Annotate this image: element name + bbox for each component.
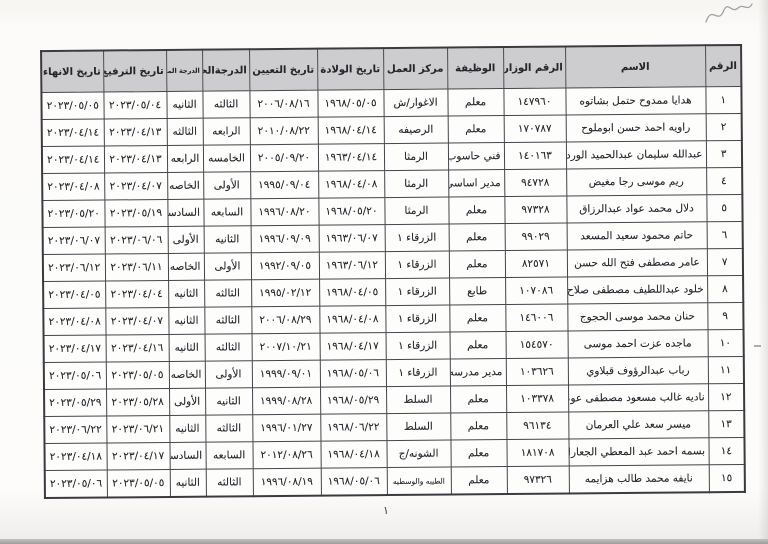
cell-ministry_no: ١٤٠١٦٣: [504, 142, 566, 170]
cell-end_date: ٢٠٢٣/٠٤/١٨: [44, 443, 106, 471]
cell-birth_date: ١٩٦٨/٠٥/٢٠: [318, 198, 384, 226]
cell-work_center: الرمثا: [384, 170, 448, 198]
cell-end_date: ٢٠٢٣/٠٤/٠٨: [42, 173, 104, 201]
cell-ministry_no: ١٠٣٣٧٨: [506, 385, 568, 413]
cell-ministry_no: ٩٧٣٢٨: [504, 196, 566, 224]
cell-job: معلم: [451, 467, 507, 495]
scan-bottom-edge: [0, 539, 768, 544]
cell-current_grade: الثالثه: [202, 91, 249, 118]
table-body: ١هدايا ممدوح حتمل بشاتوه١٤٧٩٦٠معلمالاغوا…: [41, 86, 745, 498]
cell-name: عبدالله سليمان عبدالحميد الوردات: [566, 141, 706, 169]
cell-birth_date: ١٩٦٨/٠٤/١٧: [320, 333, 386, 361]
cell-current_grade: الأولى: [205, 361, 252, 388]
cell-work_center: الزرقاء ١: [386, 332, 450, 360]
cell-birth_date: ١٩٦٨/٠٤/١٨: [320, 441, 386, 469]
cell-current_grade: الرابعه: [203, 118, 250, 145]
cell-promotion_date: ٢٠٢٣/٠٥/٠٤: [103, 91, 166, 119]
cell-no: ٩: [707, 302, 743, 329]
cell-ministry_no: ٩٤٧٢٨: [504, 169, 566, 197]
cell-job: معلم: [449, 251, 505, 278]
cell-promotion_date: ٢٠٢٣/٠٤/٠٤: [105, 280, 168, 308]
cell-current_grade: الأولى: [203, 172, 250, 199]
cell-job: فني حاسوب: [448, 143, 504, 170]
cell-no: ٢: [706, 113, 742, 140]
cell-current_grade: الثانيه: [204, 226, 251, 253]
table-row: ١٥نايفه محمد طالب هزايمه٩٧٣٢٦معلمالطيبه …: [45, 464, 745, 498]
col-header-name: الاسم: [565, 45, 705, 88]
cell-birth_date: ١٩٦٨/٠٥/٠٦: [320, 360, 386, 388]
cell-due_grade: الخاصه: [167, 172, 203, 199]
scanned-document-page: الرقمالاسمالرقم الوزاريالوظيفةمركز العمل…: [0, 0, 768, 544]
cell-ministry_no: ٨٢٥٧١: [505, 250, 567, 278]
cell-due_grade: الخاصه: [168, 253, 204, 280]
cell-birth_date: ١٩٦٨/٠٤/٠٨: [318, 171, 384, 199]
cell-work_center: الشونه/ج: [386, 440, 450, 468]
cell-birth_date: ١٩٦٨/٠٥/٠٥: [317, 90, 383, 118]
cell-work_center: الرمثا: [384, 143, 448, 171]
cell-no: ١٥: [709, 464, 745, 492]
cell-end_date: ٢٠٢٣/٠٥/٠٦: [45, 470, 107, 498]
cell-name: عامر مصطفى فتح الله حسن: [567, 249, 707, 277]
cell-ministry_no: ١٤٦٠٠٦: [505, 304, 567, 332]
cell-end_date: ٢٠٢٣/٠٥/٠٦: [44, 362, 106, 390]
cell-work_center: الرصيفه: [384, 116, 448, 144]
cell-no: ١: [705, 86, 741, 113]
cell-job: معلم: [450, 332, 506, 359]
cell-ministry_no: ١٧٠٧٨٧: [504, 115, 566, 143]
col-header-work_center: مركز العمل: [383, 48, 447, 90]
cell-due_grade: السادسه: [169, 442, 205, 469]
cell-hire_date: ٢٠٠٦/٠٨/٢٩: [251, 306, 319, 334]
cell-no: ٧: [707, 248, 743, 275]
cell-hire_date: ١٩٩٢/٠٩/٠٥: [251, 252, 319, 280]
cell-name: ماجده عزت احمد موسى: [568, 330, 708, 358]
cell-hire_date: ٢٠١٢/٠٨/٢٦: [252, 441, 320, 469]
cell-birth_date: ١٩٦٨/٠٤/١٤: [318, 117, 384, 145]
cell-job: معلم: [450, 413, 506, 440]
cell-end_date: ٢٠٢٣/٠٦/١٢: [43, 254, 105, 282]
cell-birth_date: ١٩٦٨/٠٤/٠٥: [319, 279, 385, 307]
cell-promotion_date: ٢٠٢٣/٠٤/٠٧: [105, 307, 168, 335]
cell-due_grade: الخاصه: [169, 361, 205, 388]
scan-right-shade: [758, 0, 768, 544]
cell-end_date: ٢٠٢٣/٠٤/١٤: [42, 146, 104, 174]
cell-name: خلود عبداللطيف مصطفى صلاح: [567, 276, 707, 304]
cell-due_grade: الثانيه: [168, 307, 204, 334]
cell-ministry_no: ١٠٧٠٨٦: [505, 277, 567, 305]
col-header-current_grade: الدرجةالحالية: [202, 49, 249, 91]
cell-name: راويه احمد حسن ابوملوح: [566, 114, 706, 142]
cell-job: مدير اساسي: [448, 170, 504, 197]
page-number: ١: [376, 504, 396, 517]
cell-promotion_date: ٢٠٢٣/٠٥/٢٨: [106, 388, 169, 416]
cell-ministry_no: ١٠٣٦٢٦: [506, 358, 568, 386]
cell-job: مدير مدرسه: [450, 359, 506, 386]
col-header-end_date: تاريخ الانهاء: [41, 51, 103, 93]
cell-job: معلم: [449, 305, 505, 332]
cell-work_center: الرمثا: [384, 197, 448, 225]
cell-name: ميسر سعد علي العرمان: [568, 411, 708, 439]
cell-promotion_date: ٢٠٢٣/٠٤/١٣: [104, 118, 167, 146]
cell-birth_date: ١٩٦٣/٠٦/٠٧: [319, 225, 385, 253]
cell-name: بسمه احمد عبد المعطي الجعارات: [568, 438, 708, 466]
cell-name: دلال محمد عواد عبدالرزاق: [566, 195, 706, 223]
col-header-due_grade: الدرجة المستحقة: [166, 50, 202, 92]
cell-no: ٥: [706, 194, 742, 221]
cell-no: ٣: [706, 140, 742, 167]
cell-due_grade: الثانيه: [166, 91, 202, 118]
cell-hire_date: ١٩٩٩/٠٩/٠١: [252, 360, 320, 388]
cell-work_center: الطيبه والوسطيه: [387, 467, 451, 495]
cell-name: هدايا ممدوح حتمل بشاتوه: [565, 87, 705, 115]
cell-end_date: ٢٠٢٣/٠٤/٠٨: [43, 308, 105, 336]
pen-scribble-mark: [702, 0, 754, 30]
cell-promotion_date: ٢٠٢٣/٠٥/١٩: [104, 199, 167, 227]
cell-promotion_date: ٢٠٢٣/٠٤/١٧: [106, 442, 169, 470]
cell-end_date: ٢٠٢٣/٠٤/٠٥: [43, 281, 105, 309]
cell-birth_date: ١٩٦٨/٠٥/٠٦: [321, 468, 387, 496]
table-header-row: الرقمالاسمالرقم الوزاريالوظيفةمركز العمل…: [41, 45, 741, 93]
cell-current_grade: الثالثه: [206, 469, 253, 497]
col-header-job: الوظيفة: [447, 47, 503, 89]
cell-due_grade: الثانيه: [169, 334, 205, 361]
cell-promotion_date: ٢٠٢٣/٠٥/٠٥: [106, 361, 169, 389]
cell-no: ٤: [706, 167, 742, 194]
cell-birth_date: ١٩٦٨/٠٦/٢٢: [320, 414, 386, 442]
cell-promotion_date: ٢٠٢٣/٠٦/٢١: [106, 415, 169, 443]
cell-hire_date: ٢٠٠٦/٠٨/١٦: [249, 90, 317, 118]
cell-promotion_date: ٢٠٢٣/٠٦/٠٦: [105, 226, 168, 254]
cell-current_grade: الثالثه: [205, 334, 252, 361]
cell-birth_date: ١٩٦٨/٠٥/٢٩: [320, 387, 386, 415]
cell-job: معلم: [448, 197, 504, 224]
cell-hire_date: ١٩٩٩/٠٨/٢٨: [252, 387, 320, 415]
cell-name: نايفه محمد طالب هزايمه: [569, 465, 709, 494]
cell-end_date: ٢٠٢٣/٠٦/٢٢: [44, 416, 106, 444]
cell-name: رباب عبدالرؤوف قبلاوي: [568, 357, 708, 385]
cell-end_date: ٢٠٢٣/٠٥/٢٠: [42, 200, 104, 228]
cell-work_center: الزرقاء ١: [385, 278, 449, 306]
cell-ministry_no: ١٥٤٥٧٠: [506, 331, 568, 359]
cell-ministry_no: ١٨١٧٠٨: [506, 439, 568, 467]
cell-job: معلم: [447, 89, 503, 116]
cell-job: معلم: [450, 386, 506, 413]
cell-ministry_no: ٩٧٣٢٦: [507, 466, 569, 494]
cell-job: معلم: [449, 224, 505, 251]
cell-work_center: الزرقاء ١: [385, 251, 449, 279]
col-header-birth_date: تاريخ الولادة: [317, 48, 383, 90]
cell-promotion_date: ٢٠٢٣/٠٤/١٣: [104, 145, 167, 173]
cell-end_date: ٢٠٢٣/٠٤/١٤: [42, 119, 104, 147]
cell-due_grade: الأولى: [169, 388, 205, 415]
cell-current_grade: الأولى: [204, 253, 251, 280]
cell-end_date: ٢٠٢٣/٠٦/٠٧: [43, 227, 105, 255]
cell-no: ٨: [707, 275, 743, 302]
cell-current_grade: الخامسه: [203, 145, 250, 172]
cell-end_date: ٢٠٢٣/٠٥/٠٥: [41, 92, 103, 120]
cell-hire_date: ١٩٩٦/٠٨/١٩: [253, 468, 321, 496]
col-header-promotion_date: تاريخ الترفيع: [103, 50, 166, 92]
cell-job: معلم: [448, 116, 504, 143]
cell-current_grade: السابعه: [205, 442, 252, 469]
cell-birth_date: ١٩٦٣/٠٦/١٢: [319, 252, 385, 280]
cell-due_grade: السادسه: [167, 199, 203, 226]
cell-ministry_no: ١٤٧٩٦٠: [503, 88, 565, 116]
cell-hire_date: ٢٠٠٥/٠٩/٢٠: [250, 144, 318, 172]
cell-job: معلم: [450, 440, 506, 467]
cell-job: طابع: [449, 278, 505, 305]
cell-current_grade: الثالثه: [204, 280, 251, 307]
cell-no: ١٣: [708, 410, 744, 437]
cell-promotion_date: ٢٠٢٣/٠٤/٠٧: [104, 172, 167, 200]
cell-no: ١١: [708, 356, 744, 383]
cell-birth_date: ١٩٦٣/٠٤/١٤: [318, 144, 384, 172]
col-header-ministry_no: الرقم الوزاري: [503, 46, 565, 88]
cell-ministry_no: ٩٩٠٢٩: [505, 223, 567, 251]
cell-due_grade: الأولى: [168, 226, 204, 253]
cell-work_center: الاغوار/ش: [383, 89, 447, 117]
cell-hire_date: ١٩٩٦/٠١/٢٧: [252, 414, 320, 442]
cell-ministry_no: ٩٦١٣٤: [506, 412, 568, 440]
cell-name: حاتم محمود سعيد المسعد: [567, 222, 707, 250]
cell-due_grade: الثانيه: [170, 469, 206, 497]
cell-end_date: ٢٠٢٣/٠٥/٢٩: [44, 389, 106, 417]
col-header-hire_date: تاريخ التعيين: [249, 49, 317, 91]
cell-no: ١٤: [708, 437, 744, 464]
cell-due_grade: الثالثه: [167, 118, 203, 145]
cell-promotion_date: ٢٠٢٣/٠٥/٠٥: [107, 469, 170, 497]
cell-no: ٦: [707, 221, 743, 248]
cell-end_date: ٢٠٢٣/٠٤/١٧: [44, 335, 106, 363]
cell-hire_date: ١٩٩٥/٠٢/١٢: [251, 279, 319, 307]
cell-work_center: السلط: [386, 386, 450, 414]
cell-current_grade: الثالثه: [205, 415, 252, 442]
cell-current_grade: الثانيه: [205, 388, 252, 415]
cell-hire_date: ٢٠١٠/٠٨/٢٢: [250, 117, 318, 145]
cell-work_center: الزرقاء ١: [385, 305, 449, 333]
cell-name: ناديه غالب مسعود مصطفى عوض: [568, 384, 708, 412]
promotions-table: الرقمالاسمالرقم الوزاريالوظيفةمركز العمل…: [40, 44, 746, 499]
cell-hire_date: ١٩٩٦/٠٩/٠٩: [251, 225, 319, 253]
cell-work_center: الزرقاء ١: [386, 359, 450, 387]
cell-work_center: السلط: [386, 413, 450, 441]
cell-hire_date: ١٩٩٥/٠٩/٠٤: [250, 171, 318, 199]
cell-no: ١٠: [708, 329, 744, 356]
cell-name: حنان محمد موسى الحجوج: [567, 303, 707, 331]
cell-hire_date: ٢٠٠٧/١٠/٢١: [252, 333, 320, 361]
cell-due_grade: الثانيه: [168, 280, 204, 307]
cell-work_center: الزرقاء ١: [385, 224, 449, 252]
cell-no: ١٢: [708, 383, 744, 410]
cell-promotion_date: ٢٠٢٣/٠٦/١١: [105, 253, 168, 281]
cell-birth_date: ١٩٦٨/٠٤/٠٨: [319, 306, 385, 334]
cell-due_grade: الرابعه: [167, 145, 203, 172]
cell-current_grade: الثالثه: [204, 307, 251, 334]
cell-current_grade: السابعه: [203, 199, 250, 226]
col-header-no: الرقم: [705, 45, 741, 87]
cell-due_grade: الثانيه: [169, 415, 205, 442]
cell-promotion_date: ٢٠٢٣/٠٤/١٦: [106, 334, 169, 362]
cell-name: ريم موسى رجا مغيض: [566, 168, 706, 196]
cell-hire_date: ١٩٩٦/٠٨/٢٠: [250, 198, 318, 226]
